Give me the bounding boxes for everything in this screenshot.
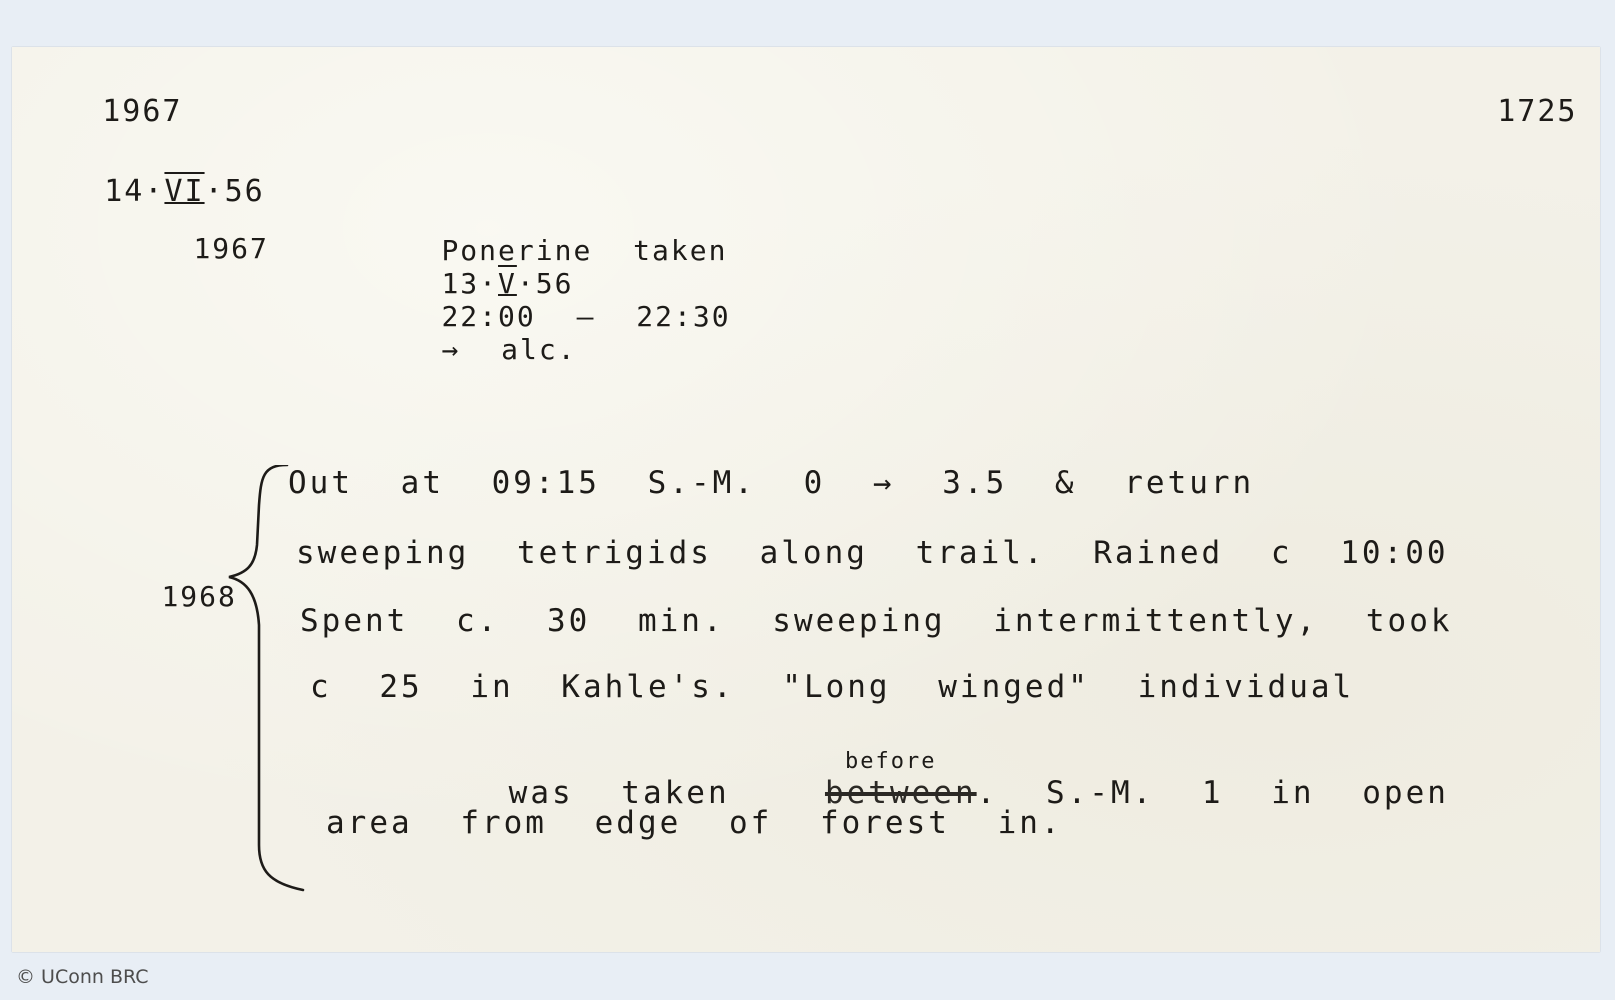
series-number-text: 1967: [102, 94, 182, 129]
entry-1968-number: 1968: [86, 547, 237, 646]
card-number: 1725: [1417, 59, 1578, 164]
entry-1967-date-month: V: [498, 267, 517, 300]
entry-1967-date-day: 13: [441, 267, 479, 300]
entry-1968-line-2: sweeping tetrigids along trail. Rained c…: [296, 535, 1449, 571]
entry-1968-line-4: c 25 in Kahle's. "Long winged" individua…: [310, 669, 1354, 705]
curly-brace-icon: [225, 465, 305, 895]
entry-1967-date-year: 56: [536, 267, 574, 300]
entry-1967-time-range: 22:00 – 22:30: [441, 300, 730, 333]
entry-1967-number-text: 1967: [193, 232, 268, 265]
entry-1968-line-3: Spent c. 30 min. sweeping intermittently…: [300, 603, 1453, 639]
copyright-notice: © UConn BRC: [16, 966, 149, 988]
entry-1968-line-6: area from edge of forest in.: [326, 805, 1063, 841]
entry-1968-line-1: Out at 09:15 S.-M. 0 → 3.5 & return: [288, 465, 1254, 501]
card-number-text: 1725: [1497, 94, 1577, 129]
inserted-word: before: [845, 749, 936, 774]
entry-1967-date: 13·V·56: [441, 267, 573, 300]
entry-1967-description: Ponerine taken: [441, 234, 727, 267]
entry-1967-disposition: → alc.: [441, 333, 576, 366]
entry-1967-number: 1967: [118, 199, 269, 298]
entry-1967-text: Ponerine taken 13·V·56 22:00 – 22:30 → a…: [278, 201, 731, 399]
